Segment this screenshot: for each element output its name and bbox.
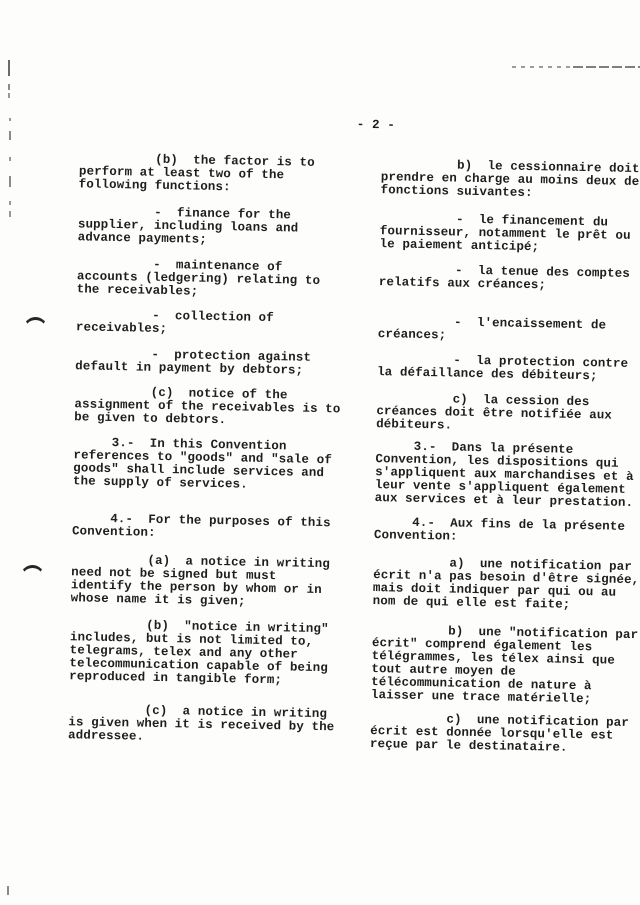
document-paragraph: a) une notification par écrit n'a pas be… (373, 556, 640, 613)
document-paragraph: - collection of receivables; (76, 308, 342, 339)
english-column: (b) the factor is to perform at least tw… (68, 152, 345, 747)
french-column: b) le cessionnaire doit prendre en charg… (370, 158, 640, 756)
document-paragraph: 3.- Dans la présente Convention, les dis… (375, 440, 640, 510)
document-paragraph: c) la cession des créances doit être not… (376, 392, 640, 436)
page-number: - 2 - (357, 118, 395, 133)
document-paragraph: (c) notice of the assignment of the rece… (74, 385, 341, 429)
document-paragraph: 4.- For the purposes of this Convention: (72, 512, 338, 543)
scanned-document-page: - 2 - (b) the factor is to perform at le… (0, 0, 640, 905)
document-paragraph: (c) a notice in writing is given when it… (68, 703, 335, 747)
document-paragraph: - la tenue des comptes relatifs aux créa… (379, 263, 640, 294)
document-paragraph: c) une notification par écrit est donnée… (370, 712, 637, 756)
document-paragraph: - le financement du fournisseur, notamme… (379, 212, 640, 256)
document-paragraph: - l'encaissement de créances; (378, 315, 640, 346)
document-paragraph: - finance for the supplier, including lo… (78, 205, 345, 249)
document-paragraph: - la protection contre la défaillance de… (377, 353, 640, 384)
document-paragraph: (a) a notice in writing need not be sign… (71, 553, 338, 610)
document-paragraph: (b) "notice in writing" includes, but is… (69, 618, 336, 688)
document-paragraph: (b) the factor is to perform at least tw… (79, 152, 346, 196)
document-paragraph: b) le cessionnaire doit prendre en charg… (380, 158, 640, 202)
document-paragraph: 4.- Aux fins de la présente Convention: (374, 516, 640, 547)
document-paragraph: 3.- In this Convention references to "go… (73, 436, 340, 493)
document-paragraph: - maintenance of accounts (ledgering) re… (77, 257, 344, 301)
document-paragraph: - protection against default in payment … (75, 347, 341, 378)
typed-content: - 2 - (b) the factor is to perform at le… (0, 0, 640, 905)
document-paragraph: b) une "notification par écrit" comprend… (371, 624, 638, 707)
